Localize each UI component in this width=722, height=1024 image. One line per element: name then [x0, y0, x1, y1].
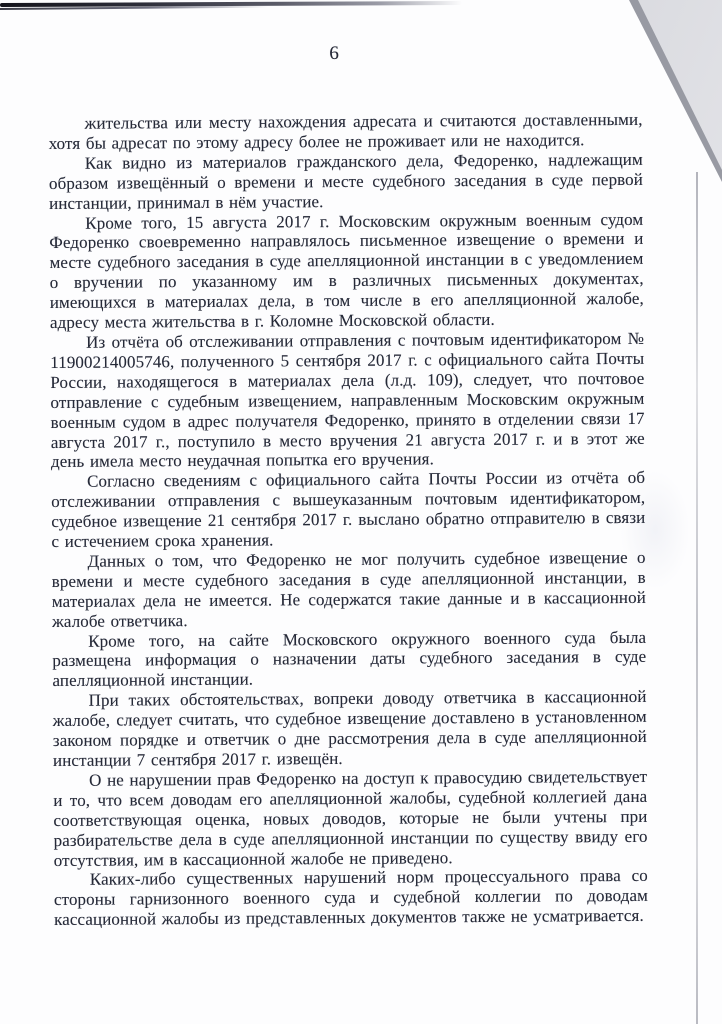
- page-number: 6: [48, 40, 642, 68]
- document-page: 6 жительства или месту нахождения адреса…: [0, 0, 722, 1024]
- top-edge-scan-line-secondary: [0, 6, 268, 10]
- paragraph: Согласно сведениям с официального сайта …: [51, 468, 646, 552]
- right-page-edge-line: [696, 172, 698, 1024]
- paragraph: Из отчёта об отслеживании отправления с …: [50, 329, 645, 472]
- top-edge-scan-line: [0, 1, 462, 7]
- paragraph: жительства или месту нахождения адресата…: [48, 110, 642, 154]
- paragraph: При таких обстоятельствах, вопреки довод…: [53, 687, 648, 771]
- document-body: жительства или месту нахождения адресата…: [48, 110, 648, 930]
- paragraph: Данных о том, что Федоренко не мог получ…: [52, 548, 647, 632]
- paragraph: О не нарушении прав Федоренко на доступ …: [53, 767, 648, 871]
- paragraph: Кроме того, 15 августа 2017 г. Московски…: [49, 209, 644, 333]
- paragraph: Каких-либо существенных нарушений норм п…: [54, 866, 648, 930]
- paragraph: Как видно из материалов гражданского дел…: [49, 150, 643, 214]
- document-content: 6 жительства или месту нахождения адреса…: [48, 40, 648, 930]
- paragraph: Кроме того, на сайте Московского окружно…: [52, 627, 646, 691]
